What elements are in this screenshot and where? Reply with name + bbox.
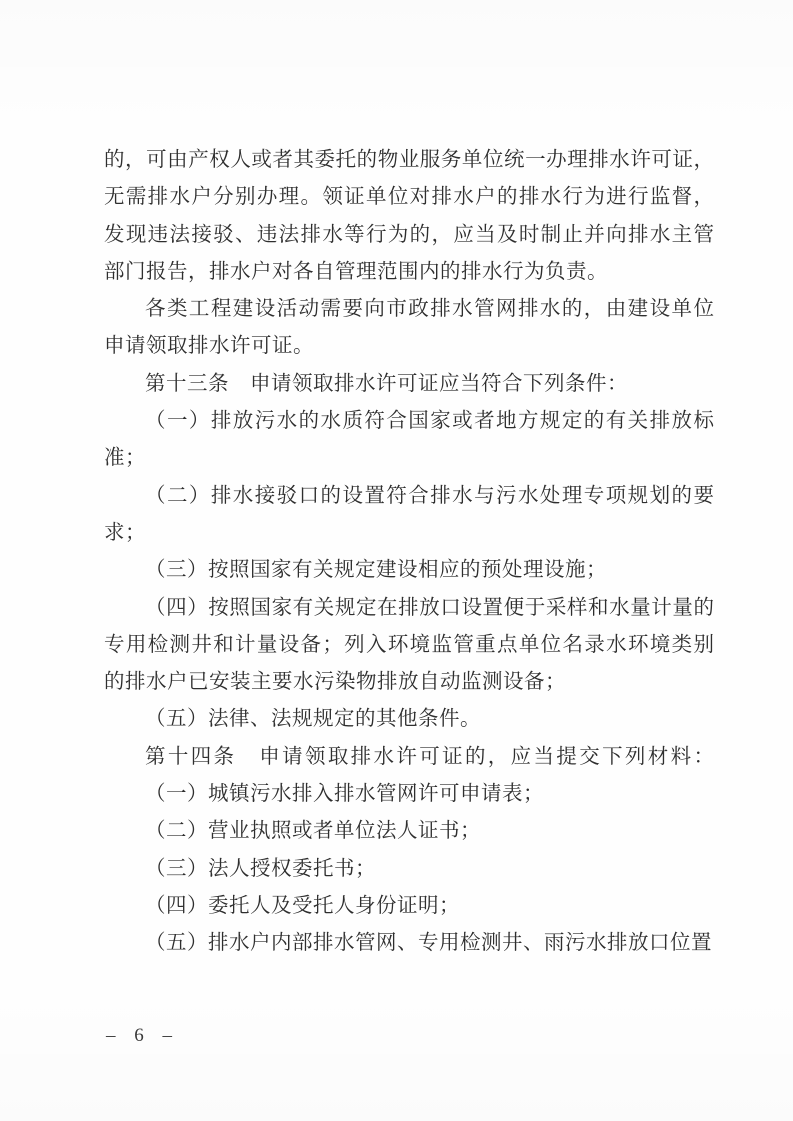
text-line-article-14: 第十四条 申请领取排水许可证的，应当提交下列材料： [104,739,714,776]
text-line: （五）法律、法规规定的其他条件。 [104,701,714,738]
text-line: 准； [104,440,714,477]
text-line-article-13: 第十三条 申请领取排水许可证应当符合下列条件： [104,366,714,403]
text-line: 申请领取排水许可证。 [104,328,714,365]
text-line: 专用检测井和计量设备；列入环境监管重点单位名录水环境类别 [104,627,714,664]
page-number: – 6 – [106,1024,179,1048]
text-line: （四）委托人及受托人身份证明； [104,888,714,925]
body-text: 的，可由产权人或者其委托的物业服务单位统一办理排水许可证， 无需排水户分别办理。… [104,142,714,963]
text-line: 发现违法接驳、违法排水等行为的，应当及时制止并向排水主管 [104,217,714,254]
text-line: （二）营业执照或者单位法人证书； [104,813,714,850]
text-line: （一）城镇污水排入排水管网许可申请表； [104,776,714,813]
text-line: （四）按照国家有关规定在排放口设置便于采样和水量计量的 [104,590,714,627]
text-line: 的排水户已安装主要水污染物排放自动监测设备； [104,664,714,701]
text-line: 各类工程建设活动需要向市政排水管网排水的，由建设单位 [104,291,714,328]
text-line: （二）排水接驳口的设置符合排水与污水处理专项规划的要 [104,478,714,515]
text-line: （三）按照国家有关规定建设相应的预处理设施； [104,552,714,589]
text-line: （五）排水户内部排水管网、专用检测井、雨污水排放口位置 [104,925,714,962]
text-line: 无需排水户分别办理。领证单位对排水户的排水行为进行监督， [104,179,714,216]
text-line: （三）法人授权委托书； [104,851,714,888]
text-line: （一）排放污水的水质符合国家或者地方规定的有关排放标 [104,403,714,440]
text-line: 求； [104,515,714,552]
document-page: 的，可由产权人或者其委托的物业服务单位统一办理排水许可证， 无需排水户分别办理。… [0,0,793,1121]
text-line: 部门报告，排水户对各自管理范围内的排水行为负责。 [104,254,714,291]
text-line: 的，可由产权人或者其委托的物业服务单位统一办理排水许可证， [104,142,714,179]
